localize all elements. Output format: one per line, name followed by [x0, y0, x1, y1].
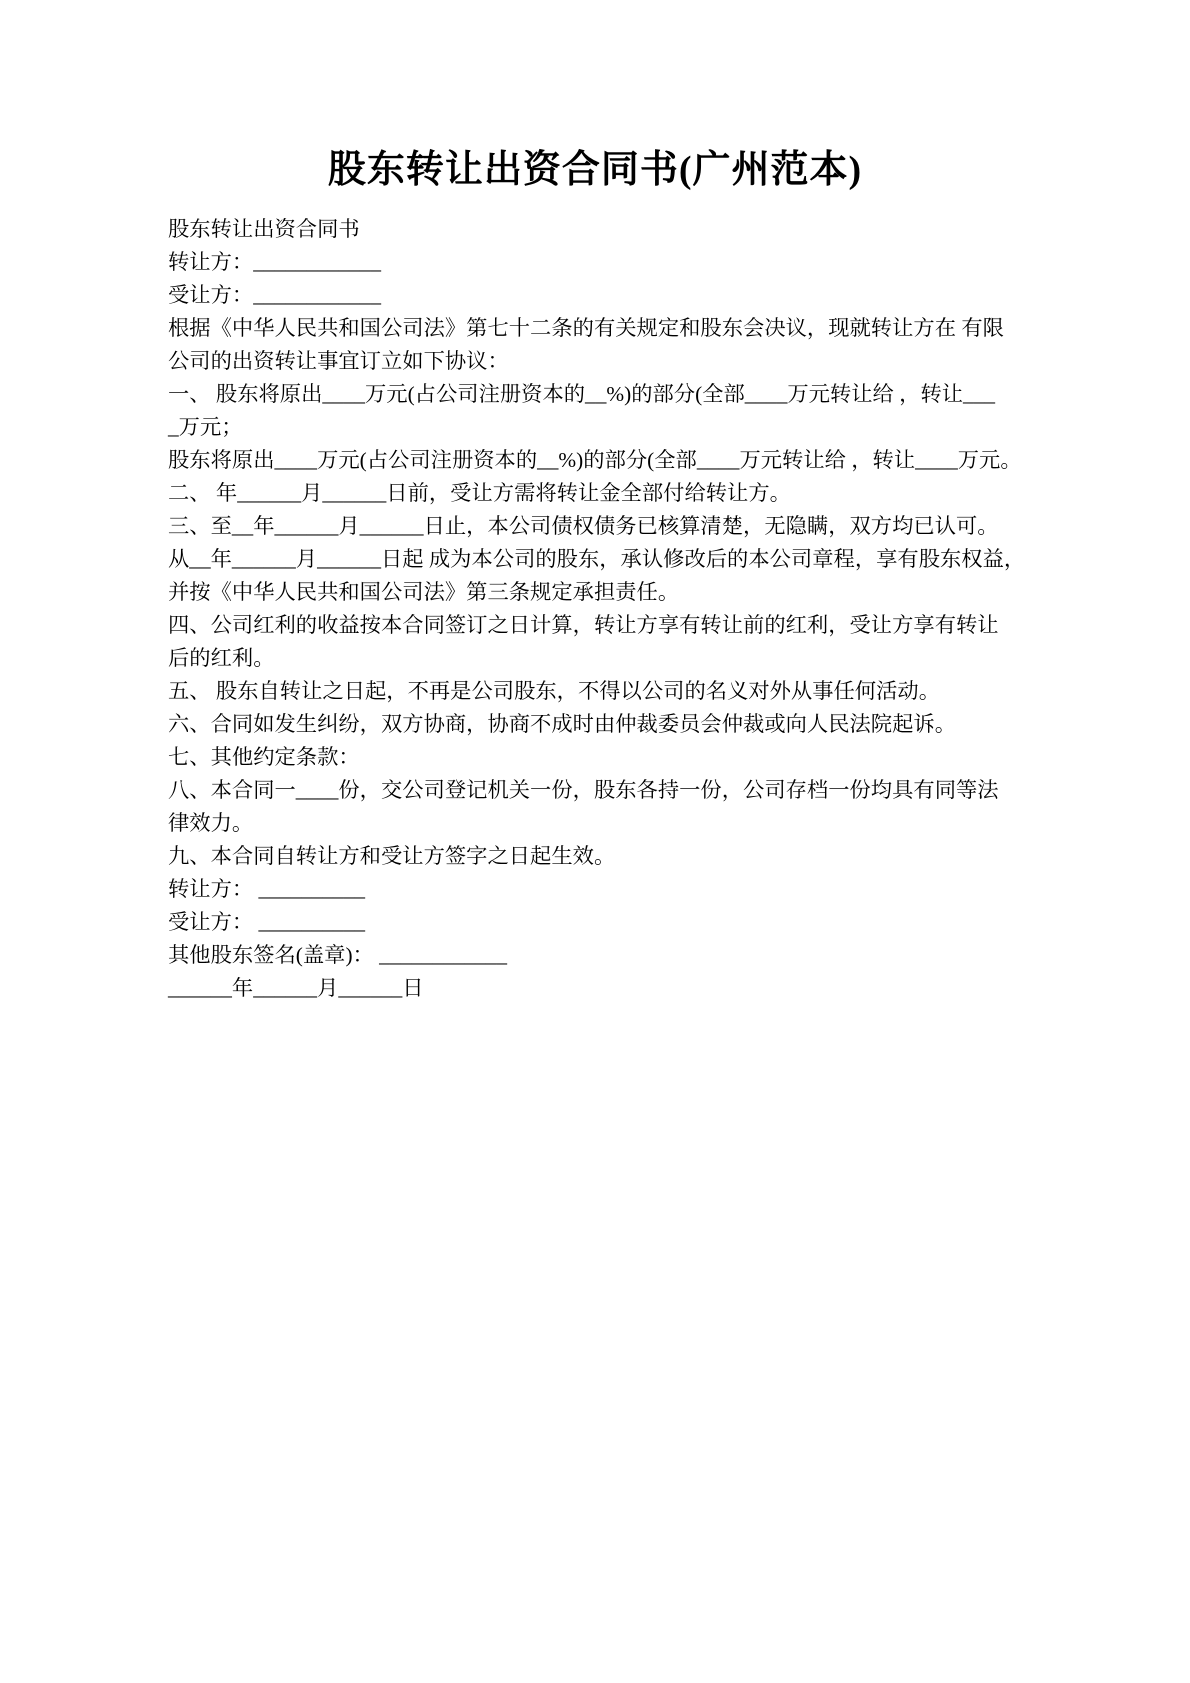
preamble-line-2: 公司的出资转让事宜订立如下协议： [168, 345, 1028, 378]
clause-4-line-2: 后的红利。 [168, 642, 1028, 675]
clause-3-line-1: 三、至__年______月______日止，本公司债权债务已核算清楚，无隐瞒，双… [168, 510, 1028, 543]
document-body: 股东转让出资合同书 转让方：____________ 受让方：_________… [168, 213, 1028, 1005]
clause-8-line-1: 八、本合同一____份，交公司登记机关一份，股东各持一份，公司存档一份均具有同等… [168, 774, 1028, 807]
clause-9-line: 九、本合同自转让方和受让方签字之日起生效。 [168, 840, 1028, 873]
signature-other-shareholders-line: 其他股东签名(盖章)： ____________ [168, 939, 1028, 972]
clause-3-line-2: 从__年______月______日起 成为本公司的股东，承认修改后的本公司章程… [168, 543, 1028, 576]
date-line: ______年______月______日 [168, 972, 1028, 1005]
document-page: 股东转让出资合同书(广州范本) 股东转让出资合同书 转让方：__________… [0, 0, 1190, 1683]
clause-2-line: 二、 年______月______日前，受让方需将转让金全部付给转让方。 [168, 477, 1028, 510]
clause-1-repeat-line: 股东将原出____万元(占公司注册资本的__%)的部分(全部____万元转让给 … [168, 444, 1028, 477]
document-title: 股东转让出资合同书(广州范本) [168, 144, 1022, 197]
signature-transferor-line: 转让方： __________ [168, 873, 1028, 906]
clause-7-line: 七、其他约定条款： [168, 741, 1028, 774]
clause-1-line-2: _万元； [168, 411, 1028, 444]
clause-3-line-3: 并按《中华人民共和国公司法》第三条规定承担责任。 [168, 576, 1028, 609]
clause-4-line-1: 四、公司红利的收益按本合同签订之日计算，转让方享有转让前的红利，受让方享有转让 [168, 609, 1028, 642]
preamble-line-1: 根据《中华人民共和国公司法》第七十二条的有关规定和股东会决议，现就转让方在 有限 [168, 312, 1028, 345]
transferee-line: 受让方：____________ [168, 279, 1028, 312]
document-subtitle-line: 股东转让出资合同书 [168, 213, 1028, 246]
clause-8-line-2: 律效力。 [168, 807, 1028, 840]
clause-1-line-1: 一、 股东将原出____万元(占公司注册资本的__%)的部分(全部____万元转… [168, 378, 1028, 411]
clause-5-line: 五、 股东自转让之日起，不再是公司股东，不得以公司的名义对外从事任何活动。 [168, 675, 1028, 708]
clause-6-line: 六、合同如发生纠纷，双方协商，协商不成时由仲裁委员会仲裁或向人民法院起诉。 [168, 708, 1028, 741]
transferor-line: 转让方：____________ [168, 246, 1028, 279]
document-content: 股东转让出资合同书(广州范本) 股东转让出资合同书 转让方：__________… [0, 0, 1190, 1005]
signature-transferee-line: 受让方： __________ [168, 906, 1028, 939]
